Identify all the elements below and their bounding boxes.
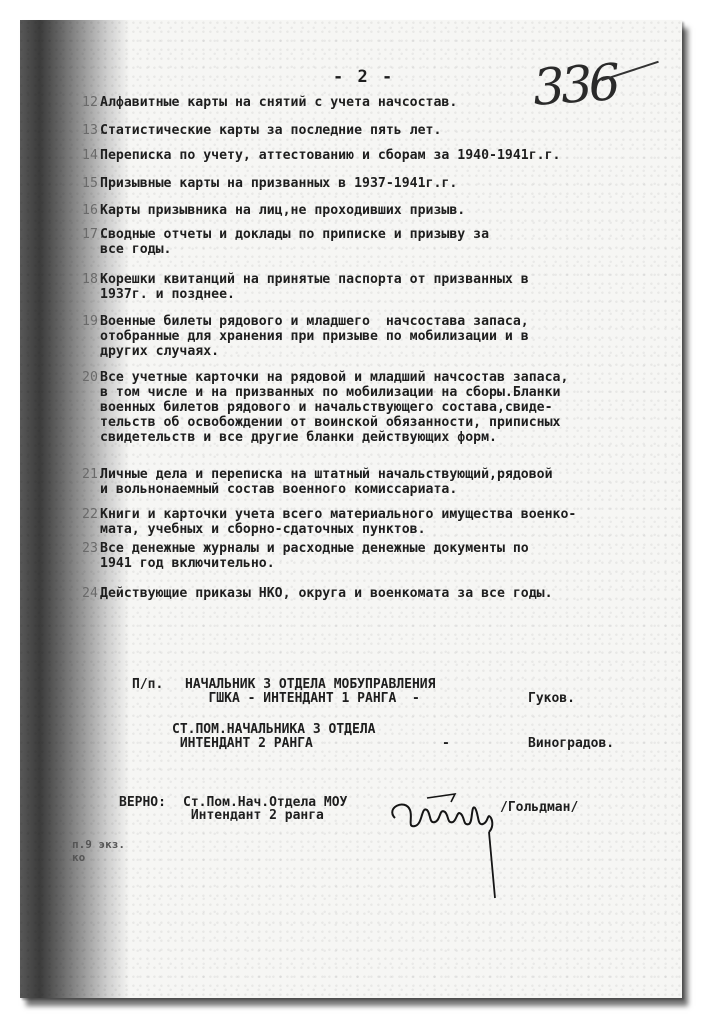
item-text: Переписка по учету, аттестованию и сбора… bbox=[100, 148, 561, 163]
verno-label: ВЕРНО: bbox=[119, 796, 166, 810]
item-text: Военные билеты рядового и младшего начсо… bbox=[100, 314, 529, 359]
first-signatory-title-line1: НАЧАЛЬНИК 3 ОТДЕЛА МОБУПРАВЛЕНИЯ bbox=[185, 678, 435, 692]
second-signatory-title-line2: ИНТЕНДАНТ 2 РАНГА bbox=[172, 737, 313, 751]
first-signatory-name: Гуков. bbox=[528, 692, 575, 706]
item-text: Карты призывника на лиц,не проходивших п… bbox=[100, 203, 465, 218]
page-number: - 2 - bbox=[333, 67, 394, 87]
verno-title-line2: Интендант 2 ранга bbox=[183, 809, 324, 823]
archive-folio-number: 336 bbox=[531, 57, 618, 113]
item-text: Личные дела и переписка на штатный начал… bbox=[100, 467, 553, 497]
second-signatory-title-line1: СТ.ПОМ.НАЧАЛЬНИКА 3 ОТДЕЛА bbox=[172, 723, 376, 737]
item-text: Статистические карты за последние пять л… bbox=[100, 123, 441, 138]
copies-note-line2: ко bbox=[72, 851, 85, 864]
first-signatory-title-line2: ГШКА - ИНТЕНДАНТ 1 РАНГА - bbox=[185, 692, 420, 706]
second-signatory-name: Виноградов. bbox=[528, 737, 614, 751]
second-signatory-dash: - bbox=[442, 737, 450, 751]
copies-note-line1: п.9 экз. bbox=[72, 838, 125, 851]
item-text: Корешки квитанций на принятые паспорта о… bbox=[100, 272, 529, 302]
item-text: Сводные отчеты и доклады по приписке и п… bbox=[100, 227, 489, 257]
verno-name: /Гольдман/ bbox=[500, 801, 578, 815]
handwritten-signature bbox=[385, 788, 505, 928]
item-text: Все денежные журналы и расходные денежны… bbox=[100, 541, 529, 571]
pp-label: П/п. bbox=[132, 678, 163, 692]
item-text: Призывные карты на призванных в 1937-194… bbox=[100, 176, 457, 191]
document-page: - 2 - 336 12.Алфавитные карты на снятий … bbox=[20, 20, 682, 998]
item-text: Действующие приказы НКО, округа и военко… bbox=[100, 586, 553, 601]
item-text: Все учетные карточки на рядовой и младши… bbox=[100, 370, 568, 445]
item-text: Алфавитные карты на снятий с учета начсо… bbox=[100, 95, 457, 110]
item-text: Книги и карточки учета всего материально… bbox=[100, 507, 576, 537]
